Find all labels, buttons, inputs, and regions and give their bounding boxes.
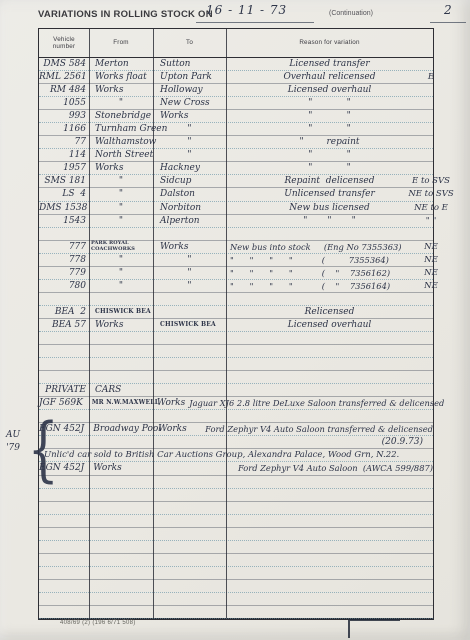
table-row [39, 515, 433, 528]
vehicle-number-cell: PRIVATE [39, 385, 89, 395]
to-cell: Upton Park [153, 72, 226, 82]
reason-cell: Ford Zephyr V4 Auto Saloon (AWCA 599/887… [192, 463, 433, 473]
vehicle-number-cell: BEA 57 [39, 320, 89, 330]
form-footer-code: 408/69 (2) (196 6/71 508) [60, 620, 136, 626]
corner-mark [348, 619, 400, 638]
to-cell: Works [151, 424, 201, 434]
from-cell: Merton [89, 59, 153, 69]
reason-cell: " repaint [226, 137, 433, 147]
table-row: 779""" " " " ( " 7356162)NE [39, 267, 433, 280]
vehicle-number-cell: 1957 [39, 163, 89, 173]
margin-annotation: NE to E [383, 203, 470, 213]
vehicle-number-cell: 1543 [39, 216, 89, 226]
reason-cell: " " [226, 163, 433, 173]
vehicle-number-cell: 779 [39, 268, 89, 278]
to-cell: Sutton [153, 59, 226, 69]
to-cell: Dalston [153, 189, 226, 199]
vehicle-number-cell: 1055 [39, 98, 89, 108]
continuation-label: (Continuation) [329, 10, 373, 17]
table-row [39, 580, 433, 593]
to-cell: Works [150, 398, 185, 408]
margin-annotation: NE [383, 242, 470, 252]
margin-annotation: E to SVS [383, 176, 470, 186]
from-cell: CHISWICK BEA [89, 307, 153, 317]
table-row: 1166Turnham Green"" " [39, 123, 433, 136]
table-row [39, 528, 433, 541]
margin-annotation: E [383, 72, 470, 82]
from-cell: CARS [89, 385, 153, 395]
left-margin-note: AU '79 [6, 429, 20, 455]
reason-cell: Relicensed [226, 307, 433, 317]
table-row: LS 4"DalstonUnlicensed transferNE to SVS [39, 188, 433, 201]
table-row [39, 541, 433, 554]
table-row: BEA 2CHISWICK BEARelicensed [39, 306, 433, 319]
to-cell: Hackney [153, 163, 226, 173]
table-row [39, 606, 433, 619]
column-divider-1 [89, 29, 90, 618]
to-cell: Works [153, 111, 226, 121]
from-cell: MR N.W.MAXWELL [86, 398, 150, 408]
vehicle-number-cell: 1166 [39, 124, 89, 134]
to-cell: " [153, 137, 226, 147]
from-cell: " [89, 216, 153, 226]
vehicle-number-cell: 114 [39, 150, 89, 160]
vehicle-number-cell: JGF 569K [39, 398, 86, 408]
table-row [39, 332, 433, 345]
to-cell: Works [153, 242, 226, 252]
from-cell: Works [89, 85, 153, 95]
table-row: 77Walthamstow"" repaint [39, 136, 433, 149]
table-body: DMS 584MertonSuttonLicensed transferRML … [39, 58, 433, 619]
vehicle-number-cell: 993 [39, 111, 89, 121]
vehicle-number-cell: DMS 1538 [39, 203, 89, 213]
to-cell: Sidcup [153, 176, 226, 186]
table-row: RML 2561Works floatUpton ParkOverhaul re… [39, 71, 433, 84]
table-row [39, 293, 433, 306]
column-header-to: To [153, 29, 226, 57]
vehicle-number-cell: RM 484 [39, 85, 89, 95]
table-row [39, 371, 433, 384]
table-row [39, 502, 433, 515]
margin-note-line1: AU [6, 429, 20, 442]
table-row: BEA 57WorksCHISWICK BEALicensed overhaul [39, 319, 433, 332]
table-row [39, 554, 433, 567]
from-cell: Works [89, 320, 153, 330]
to-cell: Norbiton [153, 203, 226, 213]
table-row: 778""" " " " ( 7355364)NE [39, 254, 433, 267]
table-row: 1543"Alperton" " "" " [39, 215, 433, 228]
vehicle-number-cell: BEA 2 [39, 307, 89, 317]
vehicle-number-cell: SMS 181 [39, 176, 89, 186]
table-row: DMS 584MertonSuttonLicensed transfer [39, 58, 433, 71]
page-title: VARIATIONS IN ROLLING STOCK ON [38, 9, 213, 20]
from-cell: " [89, 281, 153, 291]
from-cell: Works [87, 463, 136, 473]
margin-annotation: NE [383, 268, 470, 278]
table-row: RM 484WorksHollowayLicensed overhaul [39, 84, 433, 97]
page-number-underline [430, 22, 466, 23]
from-cell: Stonebridge [89, 111, 153, 121]
margin-annotation: NE [383, 255, 470, 265]
form-table: Vehicle number From To Reason for variat… [38, 28, 434, 620]
date-underline [196, 22, 314, 23]
from-cell: " [89, 176, 153, 186]
table-row: SMS 181"SidcupRepaint delicensedE to SVS [39, 175, 433, 188]
to-cell: " [153, 281, 226, 291]
table-row: 993StonebridgeWorks" " [39, 110, 433, 123]
reason-cell: Ford Zephyr V4 Auto Saloon transferred &… [201, 424, 433, 434]
to-cell: CHISWICK BEA [153, 320, 226, 330]
from-cell: North Street [89, 150, 153, 160]
column-header-reason: Reason for variation [226, 29, 433, 57]
table-row [39, 489, 433, 502]
table-header-row: Vehicle number From To Reason for variat… [39, 29, 433, 58]
column-header-vehicle: Vehicle number [39, 29, 89, 57]
reason-cell: Jaguar XJ6 2.8 litre DeLuxe Saloon trans… [185, 398, 444, 408]
reason-cell: Licensed overhaul [226, 320, 433, 330]
table-row [39, 476, 433, 489]
from-cell: Walthamstow [89, 137, 153, 147]
page-number: 2 [444, 3, 452, 17]
table-row [39, 345, 433, 358]
table-row: EGN 452JBroadway PoolWorksFord Zephyr V4… [39, 423, 433, 436]
table-row: 1957WorksHackney" " [39, 162, 433, 175]
table-row: PRIVATECARS [39, 384, 433, 397]
column-divider-2 [153, 29, 154, 618]
from-cell: Turnham Green [89, 124, 153, 134]
from-cell: Works float [89, 72, 153, 82]
reason-cell: Licensed transfer [226, 59, 433, 69]
from-cell: " [89, 268, 153, 278]
table-row: JGF 569KMR N.W.MAXWELLWorksJaguar XJ6 2.… [39, 397, 433, 410]
reason-cell: Licensed overhaul [226, 85, 433, 95]
table-row: (20.9.73) [39, 436, 433, 449]
from-cell: " [89, 98, 153, 108]
margin-brace: { [28, 414, 59, 484]
table-row: 777PARK ROYAL COACHWORKSWorksNew bus int… [39, 241, 433, 254]
table-row [39, 410, 433, 423]
table-row [39, 358, 433, 371]
to-cell: " [153, 150, 226, 160]
column-divider-3 [226, 29, 227, 618]
vehicle-number-cell: RML 2561 [39, 72, 89, 82]
vehicle-number-cell: 780 [39, 281, 89, 291]
from-cell: Broadway Pool [87, 424, 151, 434]
table-row [39, 593, 433, 606]
table-row: 1055"New Cross" " [39, 97, 433, 110]
table-row [39, 567, 433, 580]
table-row: Unlic'd car sold to British Car Auctions… [39, 449, 433, 462]
margin-annotation: NE [383, 281, 470, 291]
to-cell: Alperton [153, 216, 226, 226]
spanning-note: Unlic'd car sold to British Car Auctions… [44, 450, 399, 460]
reason-cell: " " [226, 98, 433, 108]
to-cell: Holloway [153, 85, 226, 95]
vehicle-number-cell: 77 [39, 137, 89, 147]
reason-cell: " " [226, 150, 433, 160]
vehicle-number-cell: DMS 584 [39, 59, 89, 69]
reason-cell: (20.9.73) [226, 437, 433, 447]
to-cell: " [153, 268, 226, 278]
reason-cell: " " [226, 124, 433, 134]
table-row: EGN 452JWorks Ford Zephyr V4 Auto Saloon… [39, 462, 433, 475]
table-row: 780""" " " " ( " 7356164)NE [39, 280, 433, 293]
column-header-from: From [89, 29, 153, 57]
from-cell: " [89, 189, 153, 199]
to-cell: " [153, 124, 226, 134]
scanned-document-page: VARIATIONS IN ROLLING STOCK ON 16 - 11 -… [0, 0, 470, 640]
vehicle-number-cell: LS 4 [39, 189, 89, 199]
date-handwritten: 16 - 11 - 73 [206, 3, 287, 17]
margin-note-line2: '79 [6, 442, 20, 455]
from-cell: " [89, 255, 153, 265]
from-cell: Works [89, 163, 153, 173]
vehicle-number-cell: 778 [39, 255, 89, 265]
margin-annotation: NE to SVS [383, 189, 470, 199]
to-cell: " [153, 255, 226, 265]
to-cell: New Cross [153, 98, 226, 108]
from-cell: PARK ROYAL COACHWORKS [89, 241, 153, 252]
table-row [39, 228, 433, 241]
margin-annotation: " " [383, 216, 470, 226]
from-cell: " [89, 203, 153, 213]
vehicle-number-cell: 777 [39, 242, 89, 252]
reason-cell: " " [226, 111, 433, 121]
table-row: 114North Street"" " [39, 149, 433, 162]
table-row: DMS 1538"NorbitonNew bus licensedNE to E [39, 202, 433, 215]
